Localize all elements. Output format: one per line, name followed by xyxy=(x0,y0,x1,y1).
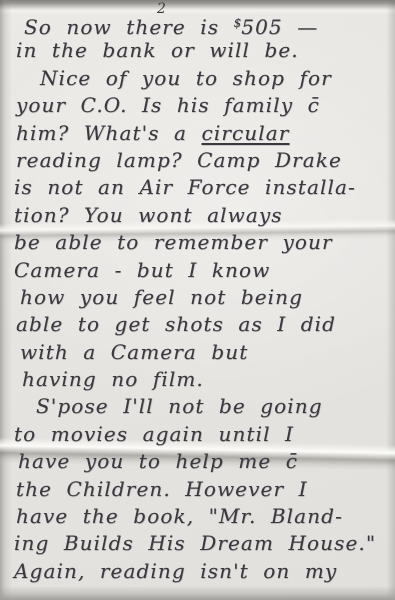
letter-line: the Children. However I xyxy=(16,476,391,503)
letter-line: S'pose I'll not be going xyxy=(36,393,391,420)
paper-left-edge xyxy=(0,0,12,600)
letter-text: tion? You wont always xyxy=(14,203,283,227)
letter-line: reading lamp? Camp Drake xyxy=(16,147,391,174)
letter-line: able to get shots as I did xyxy=(16,311,391,338)
letter-text: reading lamp? Camp Drake xyxy=(16,148,342,172)
letter-line: is not an Air Force installa- xyxy=(14,174,391,201)
letter-text: with a Camera but xyxy=(20,340,248,364)
letter-line: Again, reading isn't on my xyxy=(14,558,391,585)
letter-text: have the book, "Mr. Bland- xyxy=(16,504,343,528)
letter-text: 505 — xyxy=(241,15,318,39)
letter-text: have you to help me c̄ xyxy=(18,449,298,473)
letter-line: in the bank or will be. xyxy=(16,37,391,64)
letter-text: ing Builds His Dream House." xyxy=(14,531,376,555)
letter-text: him? What's a xyxy=(16,121,202,145)
letter-text: Nice of you to shop for xyxy=(40,66,332,90)
letter-text: is not an Air Force installa- xyxy=(14,175,356,199)
letter-line: to movies again until I xyxy=(14,421,391,448)
letter-line: your C.O. Is his family c̄ xyxy=(16,92,391,119)
letter-line: So now there is $505 — xyxy=(24,10,391,37)
letter-text: able to get shots as I did xyxy=(16,312,336,336)
letter-text: be able to remember your xyxy=(14,230,333,254)
letter-text: S'pose I'll not be going xyxy=(36,394,323,418)
letter-line: be able to remember your xyxy=(14,229,391,256)
letter-text: to movies again until I xyxy=(14,422,294,446)
letter-body: So now there is $505 —in the bank or wil… xyxy=(14,10,391,600)
letter-line: ing Builds His Dream House." xyxy=(14,530,391,557)
underlined-word: circular xyxy=(202,121,290,145)
letter-text: in the bank or will be. xyxy=(16,38,299,62)
letter-text: So now there is xyxy=(24,15,234,39)
letter-line: with a Camera but xyxy=(20,339,391,366)
letter-line: him? What's a circular xyxy=(16,120,391,147)
letter-line: have the book, "Mr. Bland- xyxy=(16,503,391,530)
letter-line: having no film. xyxy=(22,366,391,393)
letter-text: having no film. xyxy=(22,367,204,391)
letter-page: 2 So now there is $505 —in the bank or w… xyxy=(0,0,395,600)
letter-text: your C.O. Is his family c̄ xyxy=(16,93,320,117)
letter-text: Camera - but I know xyxy=(14,258,270,282)
letter-line: tion? You wont always xyxy=(14,202,391,229)
letter-text: Again, reading isn't on my xyxy=(14,559,337,583)
letter-line: Nice of you to shop for xyxy=(40,65,391,92)
letter-text: how you feel not being xyxy=(20,285,303,309)
letter-text: the Children. However I xyxy=(16,477,308,501)
letter-line: have you to help me c̄ xyxy=(18,448,391,475)
letter-line: how you feel not being xyxy=(20,284,391,311)
letter-line: Camera - but I know xyxy=(14,257,391,284)
